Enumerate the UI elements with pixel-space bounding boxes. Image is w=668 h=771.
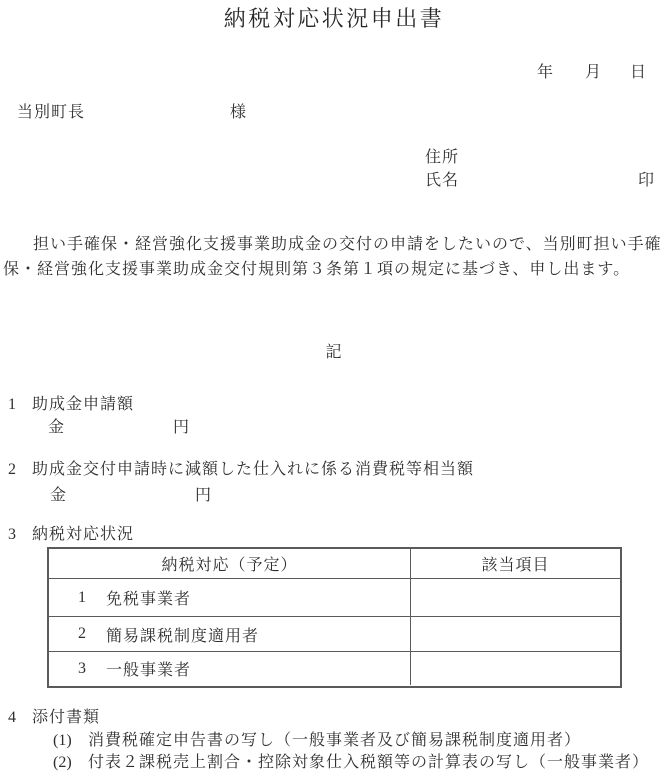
row-value-cell xyxy=(411,652,620,685)
attachment-number: (1) xyxy=(53,731,72,750)
note-marker: 記 xyxy=(0,343,668,362)
year-label: 年 xyxy=(537,63,554,82)
name-label: 氏名 xyxy=(425,171,459,190)
amount-suffix: 円 xyxy=(173,418,190,437)
row-label: 簡易課税制度適用者 xyxy=(106,623,259,646)
section-number: 3 xyxy=(8,525,17,544)
row-label: 免税事業者 xyxy=(106,586,191,609)
seal-label: 印 xyxy=(638,171,655,190)
row-value-cell xyxy=(411,617,620,651)
table-row: 2 簡易課税制度適用者 xyxy=(49,616,620,651)
section-number: 2 xyxy=(8,460,17,479)
tax-status-table: 納税対応（予定） 該当項目 1 免税事業者 2 簡易課税制度適用者 xyxy=(47,547,622,688)
body-line-1: 担い手確保・経営強化支援事業助成金の交付の申請をしたいので、当別町担い手確 xyxy=(33,235,662,254)
section-number: 4 xyxy=(8,708,17,727)
amount-prefix: 金 xyxy=(50,486,67,505)
section-label: 納税対応状況 xyxy=(32,525,134,544)
section-label: 助成金交付申請時に減額した仕入れに係る消費税等相当額 xyxy=(32,460,474,479)
attachment-number: (2) xyxy=(53,753,72,771)
addressee-honorific: 様 xyxy=(230,103,247,122)
document-page: 納税対応状況申出書 年 月 日 当別町長 様 住所 氏名 印 担い手確保・経営強… xyxy=(0,0,668,771)
row-number: 2 xyxy=(78,625,86,643)
row-number: 1 xyxy=(78,589,86,607)
body-line-2: 保・経営強化支援事業助成金交付規則第３条第１項の規定に基づき、申し出ます。 xyxy=(3,260,630,279)
month-label: 月 xyxy=(585,63,602,82)
section-label: 助成金申請額 xyxy=(32,395,134,414)
document-title: 納税対応状況申出書 xyxy=(0,2,668,33)
attachment-text: 付表２課税売上割合・控除対象仕入税額等の計算表の写し（一般事業者） xyxy=(88,753,649,771)
attachment-text: 消費税確定申告書の写し（一般事業者及び簡易課税制度適用者） xyxy=(88,731,581,750)
table-header-row: 納税対応（予定） 該当項目 xyxy=(49,549,620,578)
amount-prefix: 金 xyxy=(48,418,65,437)
address-label: 住所 xyxy=(425,148,459,167)
amount-suffix: 円 xyxy=(195,486,212,505)
section-number: 1 xyxy=(8,395,17,414)
row-label-cell: 1 免税事業者 xyxy=(49,579,411,616)
addressee-name: 当別町長 xyxy=(17,103,85,122)
header-label: 該当項目 xyxy=(481,552,549,575)
row-label: 一般事業者 xyxy=(106,657,191,680)
row-value-cell xyxy=(411,579,620,616)
row-number: 3 xyxy=(78,660,86,678)
table-row: 3 一般事業者 xyxy=(49,651,620,685)
header-cell-applicable-item: 該当項目 xyxy=(411,549,620,578)
section-label: 添付書類 xyxy=(32,708,100,727)
row-label-cell: 2 簡易課税制度適用者 xyxy=(49,617,411,651)
day-label: 日 xyxy=(630,63,647,82)
header-cell-taxation-plan: 納税対応（予定） xyxy=(49,549,411,578)
table-row: 1 免税事業者 xyxy=(49,578,620,616)
row-label-cell: 3 一般事業者 xyxy=(49,652,411,685)
header-label: 納税対応（予定） xyxy=(161,552,297,575)
